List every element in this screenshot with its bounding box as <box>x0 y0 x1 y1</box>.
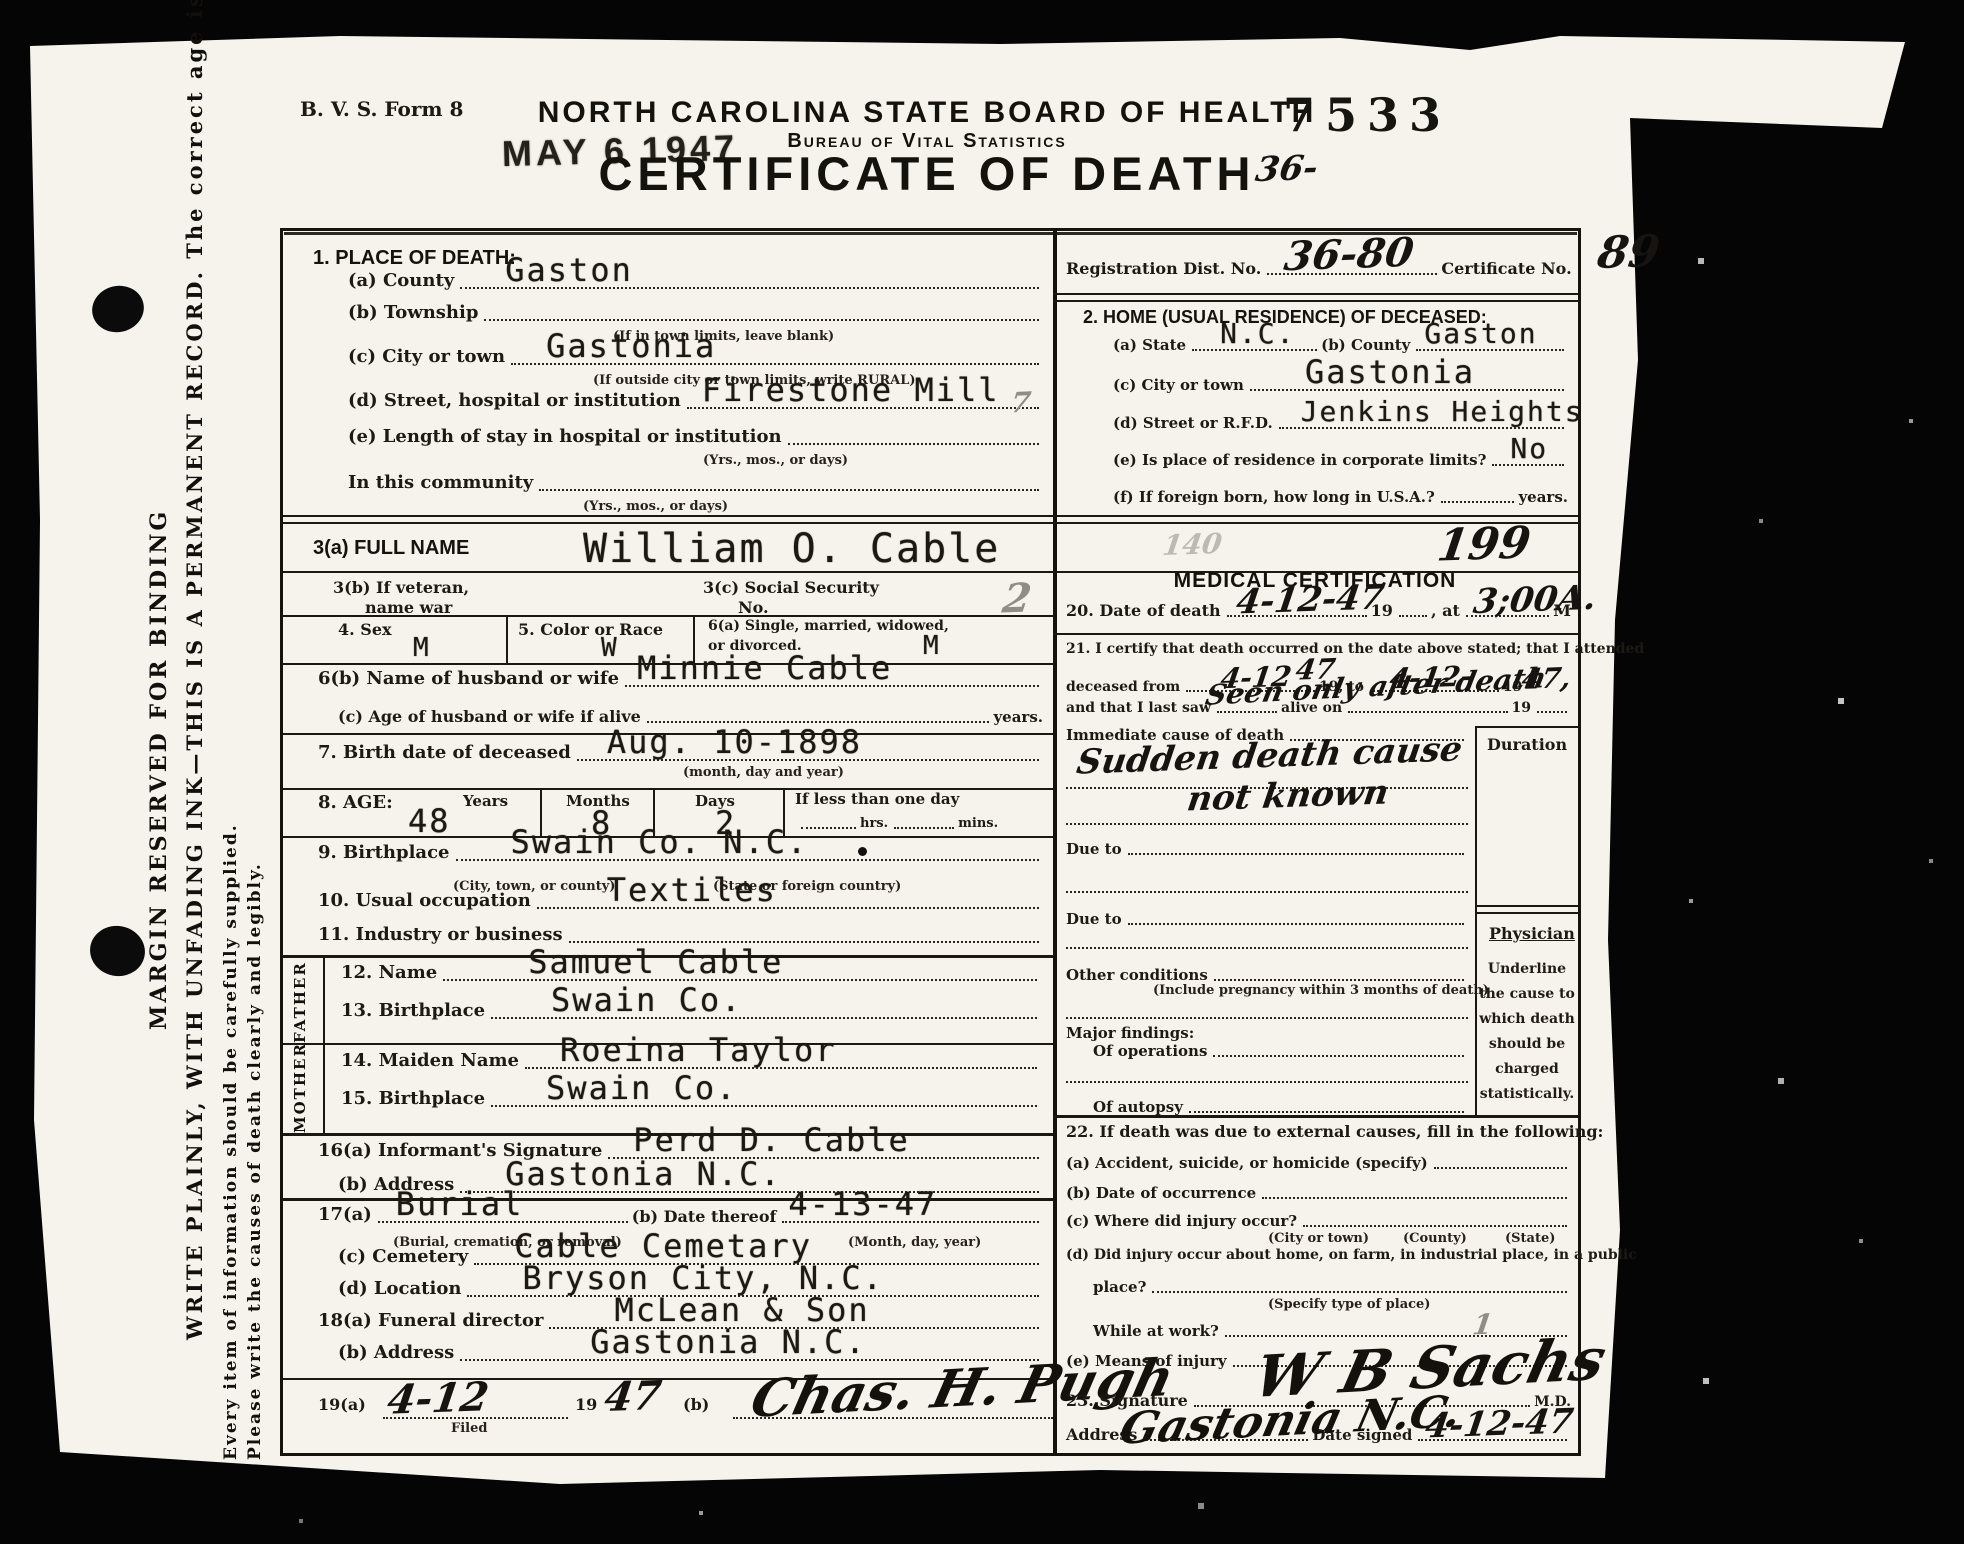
registration-dist-value: 36-80 <box>1282 233 1416 277</box>
registration-dist-label: Registration Dist. No. <box>1066 260 1261 278</box>
father-bp-label: 13. Birthplace <box>341 1001 485 1022</box>
pencil-annotation-dark: 199 <box>1435 521 1534 568</box>
burial-date-value: 4-13-47 <box>788 1188 937 1220</box>
filed-date-hw: 4-12 <box>385 1377 491 1420</box>
father-name-label: 12. Name <box>341 963 437 984</box>
veteran-label: 3(b) If veteran, <box>333 579 469 597</box>
community-label: In this community <box>348 473 533 494</box>
birthplace-label: 9. Birthplace <box>318 843 450 864</box>
field-autopsy: Of autopsy <box>1093 1095 1468 1116</box>
county-label: (a) County <box>348 271 454 292</box>
physician-label: Physician <box>1489 925 1575 943</box>
column-divider <box>1053 231 1057 1453</box>
street-pencil-mark: 7 <box>1009 389 1033 418</box>
home-street-value: Jenkins Heights <box>1301 398 1584 426</box>
external-c-caption3: (State) <box>1505 1231 1555 1246</box>
home-corporate-value: No <box>1510 435 1548 463</box>
age-label: 8. AGE: <box>318 793 393 814</box>
external-d-label2: place? <box>1093 1279 1146 1296</box>
death-time-value: 3;00A. <box>1471 581 1598 619</box>
field-birthplace: 9. Birthplace Swain Co. N.C. <box>318 843 1043 864</box>
home-city-label: (c) City or town <box>1113 377 1244 394</box>
field-external-d: place? <box>1093 1275 1571 1296</box>
filed-b-label: (b) <box>683 1396 709 1414</box>
ssn-pencil-mark: 2 <box>1000 579 1034 620</box>
external-d-caption: (Specify type of place) <box>1268 1297 1430 1312</box>
physician-note: Underline the cause to which death shoul… <box>1479 957 1575 1107</box>
field-community: In this community <box>348 473 1043 494</box>
filed-year-hw: 47 <box>602 1376 664 1418</box>
margin-note-write-plainly: WRITE PLAINLY, WITH UNFADING INK—THIS IS… <box>182 150 207 1340</box>
dueto2-label: Due to <box>1066 911 1122 928</box>
operations-label: Of operations <box>1093 1043 1207 1060</box>
field-dueto1: Due to <box>1066 837 1468 858</box>
age-hrs-mins: hrs. mins. <box>795 811 1040 832</box>
death-date-at: , at <box>1431 602 1460 620</box>
spouse-label: 6(b) Name of husband or wife <box>318 669 619 690</box>
father-name-value: Samuel Cable <box>528 946 783 978</box>
certificate-no-label: Certificate No. <box>1441 260 1571 278</box>
margin-note-please-write: Please write the causes of death clearly… <box>245 740 265 1460</box>
home-foreign-suffix: years. <box>1518 489 1568 506</box>
mother-bp-value: Swain Co. <box>546 1072 737 1104</box>
age-lessday-label: If less than one day <box>795 791 959 808</box>
cause-hw2: not known <box>1185 776 1391 817</box>
marital-value: M <box>923 633 941 659</box>
from-label: deceased from <box>1066 679 1180 695</box>
street-value: Firestone Mill <box>702 374 1000 406</box>
field-stay: (e) Length of stay in hospital or instit… <box>348 427 1043 448</box>
field-township: (b) Township <box>348 303 1043 324</box>
burial-type-value: Burial <box>396 1188 524 1220</box>
title-annotation: 36- <box>1253 151 1320 187</box>
father-bp-value: Swain Co. <box>551 984 742 1016</box>
lastsaw-19: 19 <box>1512 700 1531 716</box>
spouse-age-suffix: years. <box>993 709 1043 726</box>
dueto1-label: Due to <box>1066 841 1122 858</box>
occupation-value: Textiles <box>607 874 777 906</box>
stay-label: (e) Length of stay in hospital or instit… <box>348 427 782 448</box>
autopsy-label: Of autopsy <box>1093 1099 1183 1116</box>
race-value: W <box>601 635 619 661</box>
burial-location-value: Bryson City, N.C. <box>522 1262 884 1294</box>
scanned-death-certificate: MARGIN RESERVED FOR BINDING WRITE PLAINL… <box>0 0 1964 1544</box>
external-d-label: (d) Did injury occur about home, on farm… <box>1066 1247 1637 1263</box>
field-external-b: (b) Date of occurrence <box>1066 1181 1571 1202</box>
father-side-label: FATHER <box>291 959 309 1043</box>
field-home-state: (a) State N.C. (b) County Gaston <box>1113 333 1568 354</box>
spouse-age-label: (c) Age of husband or wife if alive <box>338 708 641 726</box>
marital-label: 6(a) Single, married, widowed, <box>708 618 949 634</box>
external-c-caption1: (City or town) <box>1268 1231 1369 1246</box>
funeral-addr-value: Gastonia N.C. <box>590 1326 866 1358</box>
home-state-label: (a) State <box>1113 337 1186 354</box>
cemetery-value: Cable Cemetary <box>514 1230 812 1262</box>
external-e-label: (e) Means of injury <box>1066 1353 1227 1370</box>
external-c-caption2: (County) <box>1403 1231 1467 1246</box>
home-county-label: (b) County <box>1321 337 1410 354</box>
home-state-value: N.C. <box>1220 320 1295 348</box>
death-date-value: 4-12-47 <box>1234 580 1386 619</box>
cemetery-label: (c) Cemetery <box>338 1247 468 1268</box>
home-corporate-label: (e) Is place of residence in corporate l… <box>1113 452 1486 469</box>
field-operations: Of operations <box>1093 1039 1468 1060</box>
field-city: (c) City or town Gastonia <box>348 347 1043 368</box>
file-number-stamp: 7533 <box>1283 88 1451 142</box>
field-father-birthplace: 13. Birthplace Swain Co. <box>341 1001 1041 1022</box>
external-c-label: (c) Where did injury occur? <box>1066 1213 1297 1230</box>
full-name-value: William O. Cable <box>583 529 1000 569</box>
field-death-date: 20. Date of death 4-12-47 19 , at 3;00A.… <box>1066 599 1571 620</box>
informant-addr-value: Gastonia N.C. <box>505 1158 781 1190</box>
age-years-value: 48 <box>408 805 451 837</box>
home-street-label: (d) Street or R.F.D. <box>1113 415 1273 432</box>
sex-value: M <box>413 635 431 661</box>
field-birthdate: 7. Birth date of deceased Aug. 10-1898 <box>318 743 1043 764</box>
mother-name-value: Roeina Taylor <box>560 1034 836 1066</box>
duration-label: Duration <box>1487 736 1567 754</box>
ssn-label: 3(c) Social Security <box>703 579 879 597</box>
mother-side-label: MOTHER <box>291 1047 309 1133</box>
scan-noise <box>0 0 2 2</box>
age-mins-label: mins. <box>958 817 998 832</box>
field-burial-type: 17(a) Burial (b) Date thereof 4-13-47 <box>318 1205 1043 1226</box>
field-spouse: 6(b) Name of husband or wife Minnie Cabl… <box>318 669 1043 690</box>
birthdate-value: Aug. 10-1898 <box>607 726 862 758</box>
field-home-foreign: (f) If foreign born, how long in U.S.A.?… <box>1113 485 1568 506</box>
place-of-death-heading: 1. PLACE OF DEATH: <box>313 247 516 270</box>
community-caption: (Yrs., mos., or days) <box>583 499 728 514</box>
filed-year-printed: 19 <box>575 1396 597 1414</box>
age-years-label: Years <box>463 793 508 810</box>
field-external-a: (a) Accident, suicide, or homicide (spec… <box>1066 1151 1571 1172</box>
age-hrs-label: hrs. <box>860 817 888 832</box>
funeral-addr-label: (b) Address <box>338 1343 454 1364</box>
county-value: Gaston <box>505 254 633 286</box>
mother-bp-label: 15. Birthplace <box>341 1089 485 1110</box>
burial-location-label: (d) Location <box>338 1279 461 1300</box>
work-label: While at work? <box>1093 1323 1219 1340</box>
home-city-value: Gastonia <box>1305 356 1475 388</box>
funeral-director-value: McLean & Son <box>614 1294 869 1326</box>
field-home-corporate: (e) Is place of residence in corporate l… <box>1113 448 1568 469</box>
township-label: (b) Township <box>348 303 478 324</box>
margin-note-binding: MARGIN RESERVED FOR BINDING <box>146 430 172 1030</box>
full-name-label: 3(a) FULL NAME <box>313 537 469 560</box>
other-label: Other conditions <box>1066 967 1208 984</box>
street-label: (d) Street, hospital or institution <box>348 391 681 412</box>
filed-label: 19(a) <box>318 1396 366 1414</box>
burial-label: 17(a) <box>318 1205 372 1226</box>
certificate-no-value: 89 <box>1594 230 1662 276</box>
lastsaw-label: and that I last saw <box>1066 700 1211 716</box>
home-foreign-label: (f) If foreign born, how long in U.S.A.? <box>1113 489 1435 506</box>
field-other-conditions: Other conditions <box>1066 963 1468 984</box>
spouse-value: Minnie Cable <box>637 652 892 684</box>
burial-date-label: (b) Date thereof <box>632 1208 777 1226</box>
ink-blot <box>858 847 867 856</box>
death-date-label: 20. Date of death <box>1066 602 1221 620</box>
city-value: Gastonia <box>546 330 716 362</box>
field-street: (d) Street, hospital or institution Fire… <box>348 391 1043 412</box>
birthdate-label: 7. Birth date of deceased <box>318 743 571 764</box>
certificate-form: 1. PLACE OF DEATH: (a) County Gaston (b)… <box>280 228 1581 1456</box>
sex-label: 4. Sex <box>338 621 392 639</box>
other-caption: (Include pregnancy within 3 months of de… <box>1153 983 1489 998</box>
field-home-city: (c) City or town Gastonia <box>1113 373 1568 394</box>
filed-caption: Filed <box>451 1421 487 1436</box>
birthplace-value: Swain Co. N.C. <box>511 826 809 858</box>
funeral-director-label: 18(a) Funeral director <box>318 1311 543 1332</box>
industry-label: 11. Industry or business <box>318 925 563 946</box>
field-registration: Registration Dist. No. 36-80 Certificate… <box>1066 257 1566 278</box>
race-label: 5. Color or Race <box>518 621 663 639</box>
occupation-label: 10. Usual occupation <box>318 891 531 912</box>
field-dueto2: Due to <box>1066 907 1468 928</box>
stay-caption: (Yrs., mos., or days) <box>703 453 848 468</box>
birthdate-caption: (month, day and year) <box>683 765 844 780</box>
margin-note-every-item: Every item of information should be care… <box>221 700 241 1460</box>
mother-name-label: 14. Maiden Name <box>341 1051 519 1072</box>
field-mother-birthplace: 15. Birthplace Swain Co. <box>341 1089 1041 1110</box>
pencil-annotation-light: 140 <box>1161 530 1224 560</box>
informant-sig-value: Perd D. Cable <box>633 1124 909 1156</box>
external-b-label: (b) Date of occurrence <box>1066 1185 1256 1202</box>
field-external-c: (c) Where did injury occur? <box>1066 1209 1571 1230</box>
field-occupation: 10. Usual occupation Textiles <box>318 891 1043 912</box>
home-county-value: Gaston <box>1424 320 1537 348</box>
field-home-street: (d) Street or R.F.D. Jenkins Heights <box>1113 411 1568 432</box>
city-label: (c) City or town <box>348 347 505 368</box>
field-county: (a) County Gaston <box>348 271 1043 292</box>
external-heading: 22. If death was due to external causes,… <box>1066 1123 1603 1141</box>
external-a-label: (a) Accident, suicide, or homicide (spec… <box>1066 1155 1428 1172</box>
certify-text: 21. I certify that death occurred on the… <box>1066 641 1644 657</box>
